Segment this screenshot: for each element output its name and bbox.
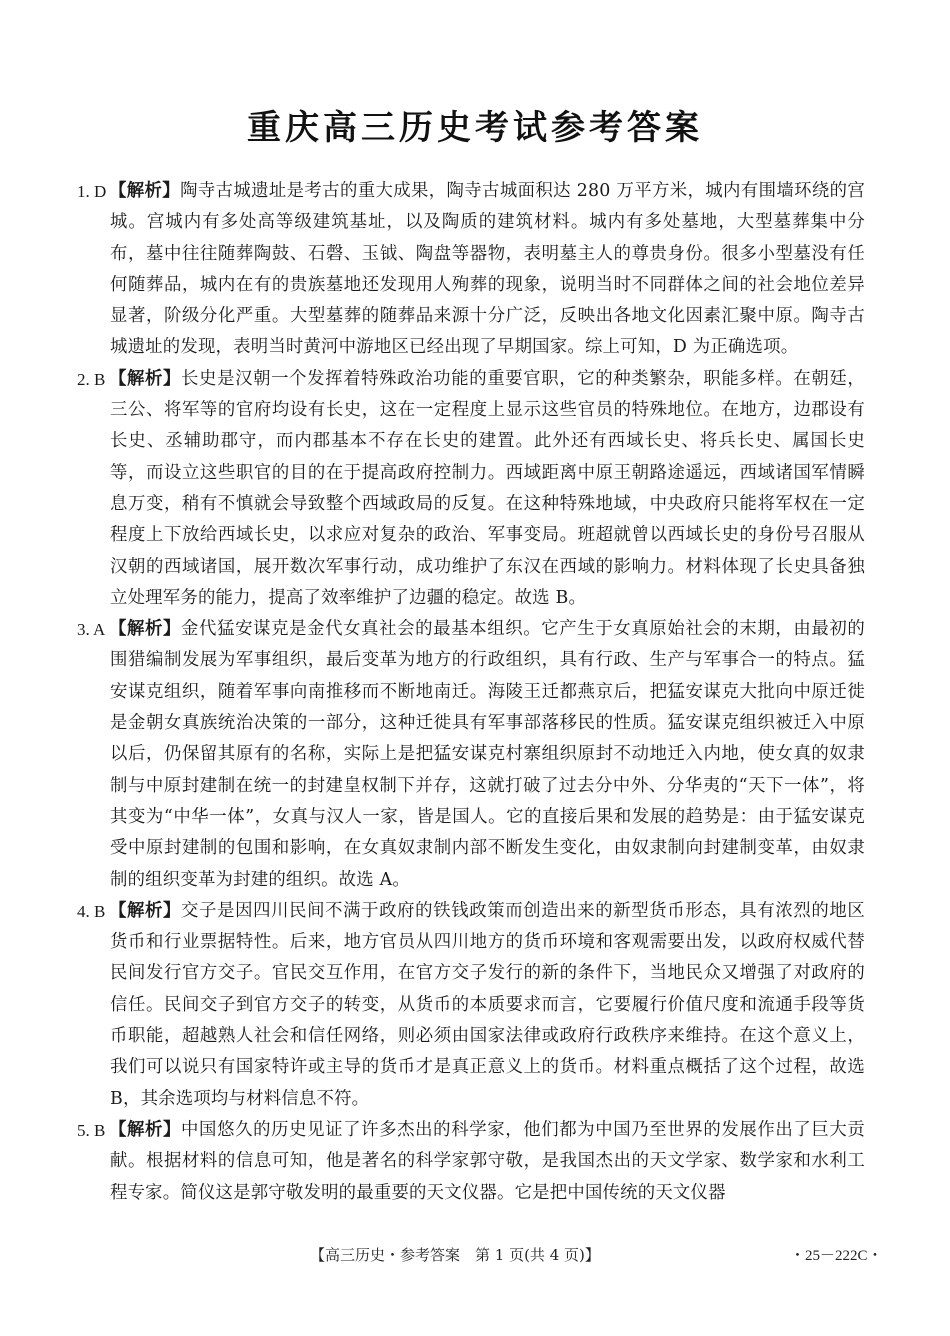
- answer-item-4: 4. B 【解析】交子是因四川民间不满于政府的铁钱政策而创造出来的新型货币形态，…: [110, 896, 865, 1115]
- footer-page-info: 【高三历史・参考答案 第 1 页(共 4 页)】: [310, 1244, 600, 1265]
- answer-item-2: 2. B 【解析】长史是汉朝一个发挥着特殊政治功能的重要官职，它的种类繁杂，职能…: [110, 364, 865, 614]
- answer-text: 长史是汉朝一个发挥着特殊政治功能的重要官职，它的种类繁杂，职能多样。在朝廷，三公…: [110, 369, 865, 608]
- answer-text: 交子是因四川民间不满于政府的铁钱政策而创造出来的新型货币形态，具有浓烈的地区货币…: [110, 901, 865, 1109]
- answer-text: 金代猛安谋克是金代女真社会的最基本组织。它产生于女真原始社会的末期，由最初的围猎…: [110, 619, 865, 889]
- analysis-tag: 【解析】: [109, 369, 181, 389]
- footer-code: ・25－222C・: [790, 1244, 883, 1265]
- answer-list: 1. D 【解析】陶寺古城遗址是考古的重大成果，陶寺古城面积达 280 万平方米…: [110, 176, 865, 1209]
- answer-number: 3. A: [77, 614, 105, 645]
- answer-text: 陶寺古城遗址是考古的重大成果，陶寺古城面积达 280 万平方米，城内有围墙环绕的…: [110, 181, 865, 357]
- answer-number: 2. B: [77, 364, 105, 395]
- answer-text: 中国悠久的历史见证了许多杰出的科学家，他们都为中国乃至世界的发展作出了巨大贡献。…: [110, 1120, 865, 1203]
- analysis-tag: 【解析】: [109, 181, 180, 201]
- answer-item-1: 1. D 【解析】陶寺古城遗址是考古的重大成果，陶寺古城面积达 280 万平方米…: [110, 176, 865, 364]
- analysis-tag: 【解析】: [109, 619, 181, 639]
- document-title: 重庆高三历史考试参考答案: [0, 100, 950, 149]
- analysis-tag: 【解析】: [109, 901, 181, 921]
- answer-number: 4. B: [77, 896, 105, 927]
- answer-number: 1. D: [77, 176, 106, 207]
- answer-item-5: 5. B 【解析】中国悠久的历史见证了许多杰出的科学家，他们都为中国乃至世界的发…: [110, 1115, 865, 1209]
- analysis-tag: 【解析】: [109, 1120, 181, 1140]
- answer-number: 5. B: [77, 1115, 105, 1146]
- answer-item-3: 3. A 【解析】金代猛安谋克是金代女真社会的最基本组织。它产生于女真原始社会的…: [110, 614, 865, 896]
